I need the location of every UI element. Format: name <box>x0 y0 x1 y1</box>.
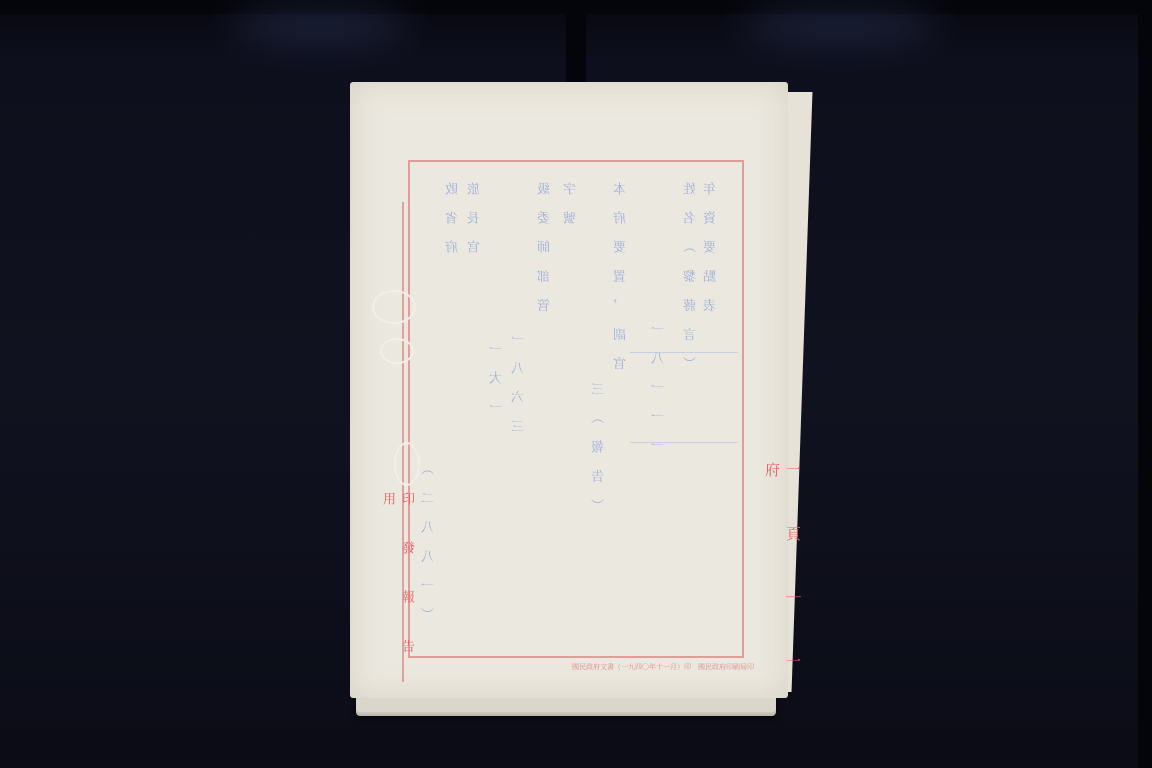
bleed-through-column: 級 委 師 部 管 <box>536 182 555 318</box>
bleed-through-column: 三 （ 報 告 ） <box>590 382 609 518</box>
bleed-through-column: 敗 省 府 <box>444 182 463 259</box>
binding-thread <box>372 290 416 324</box>
margin-label-right: 一 頁 ｜ 一 府 <box>762 462 804 698</box>
light-glare <box>230 10 410 40</box>
display-frame-top <box>0 0 1152 14</box>
footer-print-line: 國民政府文書（一九四〇年十一月）印 國民政府印刷局印 <box>572 662 754 672</box>
bleed-through-column: 一 八 一 一 一 <box>650 322 669 458</box>
bleed-through-column: 一 大 一 <box>488 342 507 419</box>
binding-thread <box>380 338 414 364</box>
bleed-through-column: 一 八 六 三 <box>510 332 529 438</box>
binding-thread <box>394 442 420 486</box>
display-divider <box>566 14 586 84</box>
bleed-through-column: 字 號 <box>562 182 581 230</box>
document-sheet: 年 資 要 點 表姓 名 （ 黎 蔣 言 ）一 八 一 一 一本 府 要 置 ，… <box>350 82 788 698</box>
table-rule <box>630 442 738 443</box>
bleed-through-column: （ 二 八 八 一 ） <box>420 462 439 627</box>
bleed-through-column: 年 資 要 點 表 <box>702 182 721 318</box>
bleed-through-column: 本 府 要 置 ， 副 官 <box>612 182 631 376</box>
light-glare <box>740 10 940 40</box>
bleed-through-column: 姓 名 （ 黎 蔣 言 ） <box>682 182 701 376</box>
display-frame-right <box>1138 0 1152 768</box>
margin-label-left: 印 發 報 告 用 <box>378 492 416 698</box>
bleed-through-column: 旅 長 官 <box>466 182 485 259</box>
